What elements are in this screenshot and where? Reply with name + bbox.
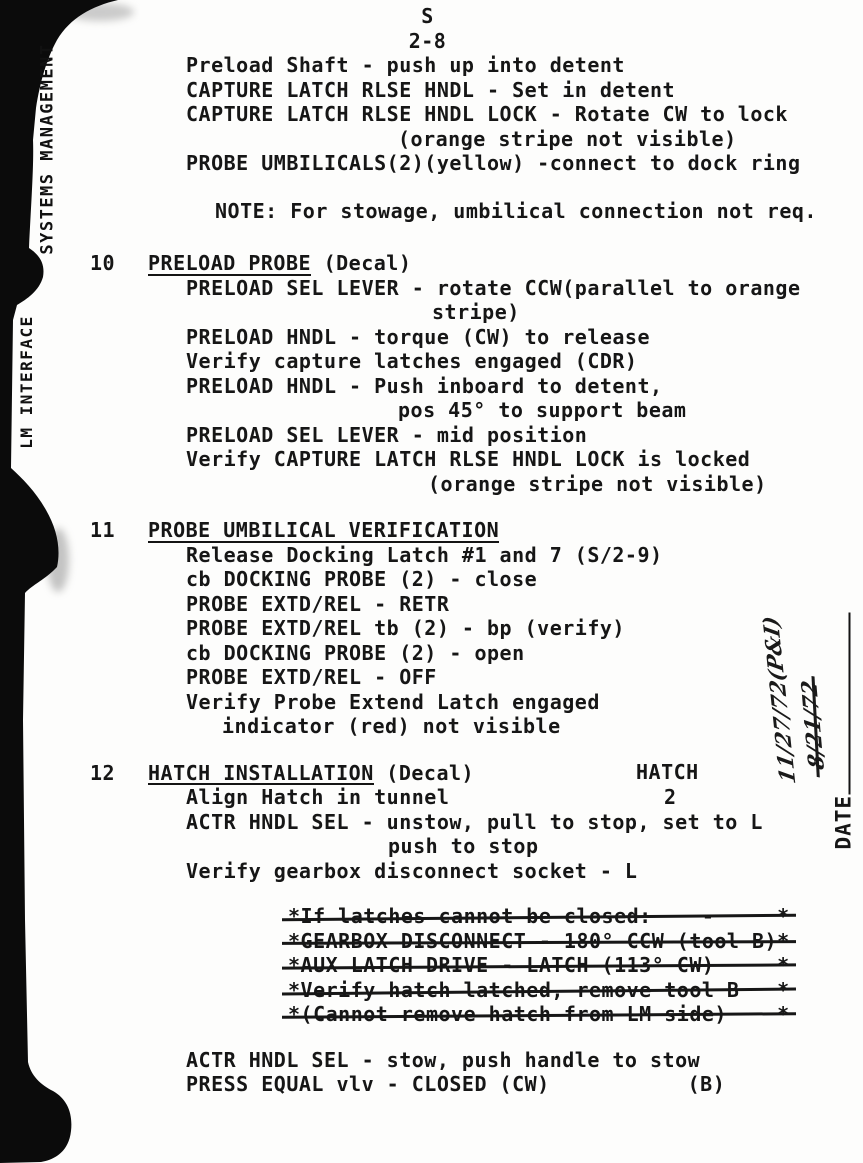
procedure-line: PROBE EXTD/REL - OFF — [90, 665, 805, 690]
procedure-line: PROBE EXTD/REL - RETR — [90, 592, 805, 617]
procedure-line-continuation: (orange stripe not visible) — [90, 472, 805, 497]
struck-line-text: *AUX LATCH DRIVE - LATCH (113° CW) * — [288, 953, 790, 978]
procedure-line: PROBE UMBILICALS(2)(yellow) -connect to … — [90, 151, 805, 176]
procedure-line-continuation: push to stop — [90, 834, 805, 859]
section-10-heading: 10 PRELOAD PROBE (Decal) — [90, 251, 805, 276]
hatch-annotation-label: HATCH — [636, 760, 699, 785]
spacer — [90, 176, 805, 199]
section-number: 11 — [90, 518, 148, 543]
note-line: NOTE: For stowage, umbilical connection … — [90, 199, 805, 224]
procedure-line: PROBE EXTD/REL tb (2) - bp (verify) — [90, 616, 805, 641]
procedure-line: Verify capture latches engaged (CDR) — [90, 349, 805, 374]
section-title: PRELOAD PROBE — [148, 251, 311, 276]
hatch-annotation-number: 2 — [636, 785, 699, 810]
procedure-line: Verify gearbox disconnect socket - L — [90, 859, 805, 884]
struck-line: *(Cannot remove hatch from LM side) * — [90, 1002, 805, 1027]
procedure-content: S 2-8 Preload Shaft - push up into deten… — [90, 4, 805, 1097]
procedure-line: PRESS EQUAL vlv - CLOSED (CW) (B) — [90, 1072, 805, 1097]
spacer — [90, 1027, 805, 1048]
section-number: 12 — [90, 761, 148, 786]
procedure-line: PRELOAD SEL LEVER - rotate CCW(parallel … — [90, 276, 805, 301]
procedure-line: CAPTURE LATCH RLSE HNDL LOCK - Rotate CW… — [90, 102, 805, 127]
spacer — [90, 496, 805, 518]
procedure-line-continuation: indicator (red) not visible — [90, 714, 805, 739]
struck-line: *If latches cannot be closed: - * — [90, 904, 805, 929]
checklist-page: SYSTEMS MANAGEMENT LM INTERFACE S 2-8 Pr… — [0, 0, 863, 1163]
spacer — [90, 739, 805, 761]
procedure-line: PRELOAD HNDL - Push inboard to detent, — [90, 374, 805, 399]
procedure-line-continuation: pos 45° to support beam — [90, 398, 805, 423]
procedure-line: CAPTURE LATCH RLSE HNDL - Set in detent — [90, 78, 805, 103]
struck-line-text: *GEARBOX DISCONNECT - 180° CCW (tool B)* — [288, 929, 790, 954]
section-title: HATCH INSTALLATION — [148, 761, 374, 786]
struck-line: *GEARBOX DISCONNECT - 180° CCW (tool B)* — [90, 929, 805, 954]
spacer — [90, 883, 805, 904]
scan-artifact — [850, 200, 863, 246]
spacer — [90, 223, 805, 251]
procedure-line: PRELOAD SEL LEVER - mid position — [90, 423, 805, 448]
date-annotation-block: 11/27/72(P&I) 8/21/72 DATE — [765, 590, 862, 850]
procedure-line-continuation: (orange stripe not visible) — [90, 127, 805, 152]
procedure-line: ACTR HNDL SEL - unstow, pull to stop, se… — [90, 810, 805, 835]
section-title-suffix: (Decal) — [311, 251, 411, 276]
section-11-heading: 11 PROBE UMBILICAL VERIFICATION — [90, 518, 805, 543]
procedure-line: Verify CAPTURE LATCH RLSE HNDL LOCK is l… — [90, 447, 805, 472]
section-number: 10 — [90, 251, 148, 276]
tab-label-systems-management: SYSTEMS MANAGEMENT — [33, 43, 63, 256]
procedure-line: cb DOCKING PROBE (2) - open — [90, 641, 805, 666]
struck-line-text: *Verify hatch latched, remove tool B * — [288, 978, 790, 1003]
struck-line: *Verify hatch latched, remove tool B * — [90, 978, 805, 1003]
procedure-line: PRELOAD HNDL - torque (CW) to release — [90, 325, 805, 350]
scan-artifact — [850, 630, 863, 676]
procedure-line: Preload Shaft - push up into detent — [90, 53, 805, 78]
procedure-line: ACTR HNDL SEL - stow, push handle to sto… — [90, 1048, 805, 1073]
procedure-line: Release Docking Latch #1 and 7 (S/2-9) — [90, 543, 805, 568]
struck-line-text: *(Cannot remove hatch from LM side) * — [288, 1002, 790, 1027]
struck-line: *AUX LATCH DRIVE - LATCH (113° CW) * — [90, 953, 805, 978]
procedure-line: cb DOCKING PROBE (2) - close — [90, 567, 805, 592]
page-letter: S — [90, 4, 805, 29]
section-title-suffix: (Decal) — [374, 761, 474, 786]
procedure-line: Verify Probe Extend Latch engaged — [90, 690, 805, 715]
page-number: 2-8 — [90, 29, 805, 54]
section-title: PROBE UMBILICAL VERIFICATION — [148, 518, 499, 543]
tab-label-lm-interface: LM INTERFACE — [14, 314, 40, 450]
hatch-annotation: HATCH 2 — [636, 760, 699, 809]
struck-line-text: *If latches cannot be closed: - * — [288, 904, 790, 929]
procedure-line-continuation: stripe) — [90, 300, 805, 325]
